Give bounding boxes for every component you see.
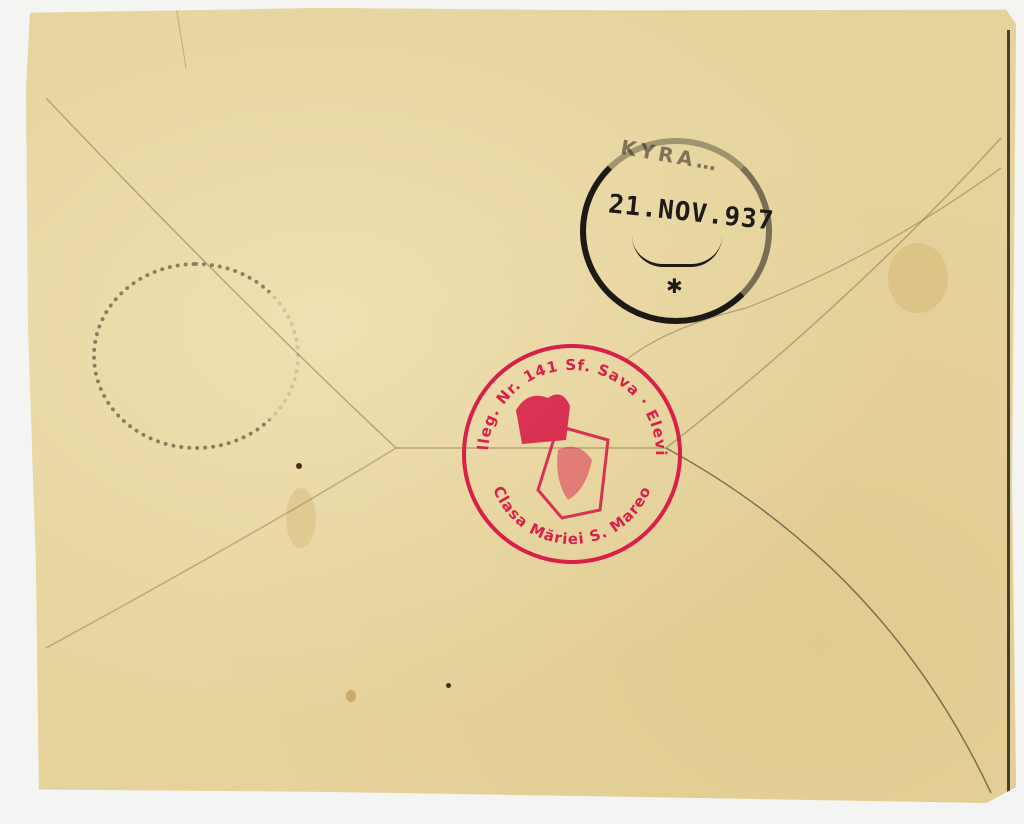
stain	[888, 243, 948, 313]
stain	[446, 683, 451, 688]
coat-of-arms-icon	[516, 394, 608, 518]
postmark-star-icon: ✱	[666, 274, 683, 298]
black-postmark: KYRA… 21.NOV.937 ✱	[580, 138, 772, 324]
stain	[286, 488, 316, 548]
stain	[346, 690, 356, 702]
envelope-edge-shadow	[1007, 30, 1010, 810]
red-seal-stamp: Dir. Colleg. Nr. 141 Sf. Sava · Elevii a…	[458, 340, 686, 568]
faint-postmark	[92, 262, 300, 450]
stain	[296, 463, 302, 469]
